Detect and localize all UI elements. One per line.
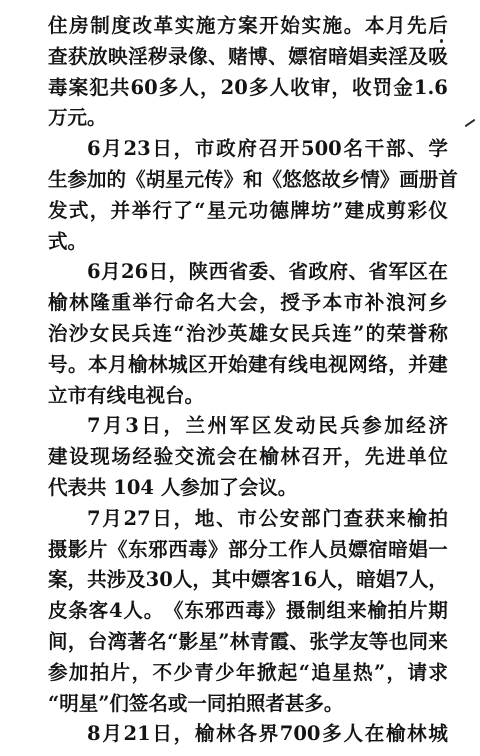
text-line: 住房制度改革实施方案开始实施。本月先后 <box>48 11 448 42</box>
text-line: 7月3日，兰州军区发动民兵参加经济 <box>48 411 448 442</box>
text-line: 案，共涉及30人，其中嫖客16人，暗娼7人， <box>48 565 448 596</box>
text-line: 治沙女民兵连“治沙英雄女民兵连”的荣誉称 <box>48 319 448 350</box>
text-line: 皮条客4人。《东邪西毒》摄制组来榆拍片期 <box>48 596 448 627</box>
text-line: 6月26日，陕西省委、省政府、省军区在 <box>48 257 448 288</box>
text-line: 间，台湾著名“影星”林青霞、张学友等也同来 <box>48 627 448 658</box>
text-line: 查获放映淫秽录像、赌博、嫖宿暗娼卖淫及吸 <box>48 42 448 73</box>
text-line: 6月23日，市政府召开500名干部、学 <box>48 134 448 165</box>
text-line: 榆林隆重举行命名大会，授予本市补浪河乡 <box>48 288 448 319</box>
text-line: 立市有线电视台。 <box>48 381 448 412</box>
text-line: 7月27日，地、市公安部门查获来榆拍 <box>48 504 448 535</box>
text-line: 万元。 <box>48 103 448 134</box>
text-line: 摄影片《东邪西毒》部分工作人员嫖宿暗娼一 <box>48 535 448 566</box>
text-line: 生参加的《胡星元传》和《悠悠故乡情》画册首 <box>48 165 448 196</box>
scan-artifact <box>440 39 443 43</box>
text-line: 式。 <box>48 227 448 258</box>
text-line: 号。本月榆林城区开始建有线电视网络，并建 <box>48 350 448 381</box>
scan-artifact <box>465 119 476 128</box>
text-line: 建设现场经验交流会在榆林召开，先进单位 <box>48 442 448 473</box>
text-line: 代表共 104 人参加了会议。 <box>48 473 448 504</box>
text-line: 毒案犯共60多人，20多人收审，收罚金1.6 <box>48 73 448 104</box>
text-column: 住房制度改革实施方案开始实施。本月先后查获放映淫秽录像、赌博、嫖宿暗娼卖淫及吸毒… <box>48 11 448 750</box>
text-line: 发式，并举行了“星元功德牌坊”建成剪彩仪 <box>48 196 448 227</box>
document-page: 住房制度改革实施方案开始实施。本月先后查获放映淫秽录像、赌博、嫖宿暗娼卖淫及吸毒… <box>0 0 480 756</box>
text-line: 参加拍片，不少青少年掀起“追星热”，请求 <box>48 658 448 689</box>
text-line: 8月21日，榆林各界700多人在榆林城 <box>48 719 448 750</box>
text-line: “明星”们签名或一同拍照者甚多。 <box>48 689 448 720</box>
